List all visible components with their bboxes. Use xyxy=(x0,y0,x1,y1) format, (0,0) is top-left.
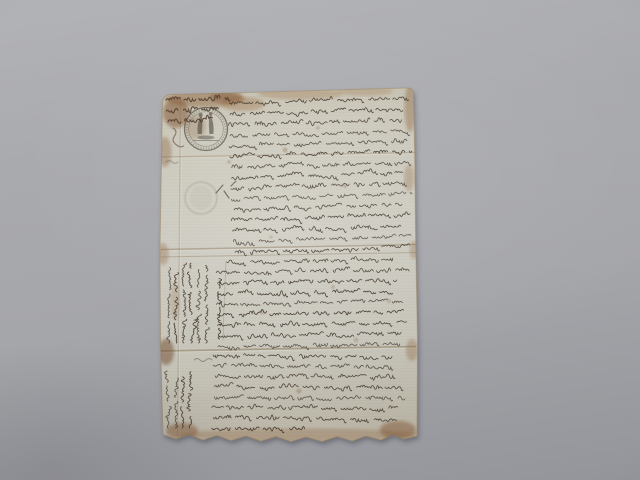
stain-freckle xyxy=(227,160,231,164)
stain-blob xyxy=(410,241,419,259)
stain-freckle xyxy=(296,388,301,393)
stamp-left-figure-head xyxy=(199,113,203,117)
stain-blob xyxy=(159,137,172,167)
stain-blob xyxy=(380,421,416,439)
stain-freckle xyxy=(282,147,287,152)
manuscript-photo xyxy=(0,0,640,480)
photo-backdrop xyxy=(0,0,640,480)
stain-freckle xyxy=(316,126,320,130)
stain-freckle xyxy=(331,285,335,289)
stain-blob xyxy=(406,339,418,361)
stamp-pedestal xyxy=(198,136,215,140)
stain-blob xyxy=(158,243,169,265)
faded-stamp-smudge xyxy=(190,186,212,210)
stain-freckle xyxy=(269,235,273,239)
stain-freckle xyxy=(354,338,359,343)
stain-blob xyxy=(404,165,414,191)
stamp-right-figure-head xyxy=(209,112,213,116)
